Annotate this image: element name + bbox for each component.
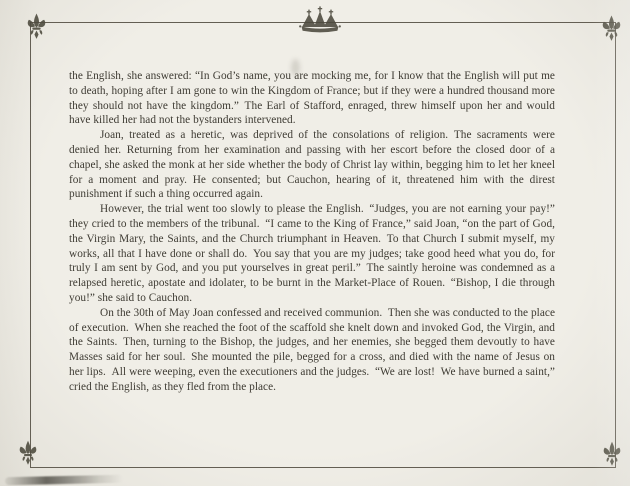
paragraph: On the 30th of May Joan confessed and re… [69, 306, 555, 395]
paragraph-continuation: the English, she answered: “In God’s nam… [69, 69, 555, 128]
paragraph: Joan, treated as a heretic, was deprived… [69, 128, 555, 202]
paragraph: However, the trial went too slowly to pl… [69, 202, 555, 306]
fleur-de-lis-icon [19, 440, 37, 466]
scanned-book-page: the English, she answered: “In God’s nam… [0, 0, 630, 486]
page-text: the English, she answered: “In God’s nam… [69, 69, 555, 395]
fleur-de-lis-icon [603, 441, 621, 467]
scan-artifact [5, 475, 123, 485]
crown-icon [292, 5, 348, 33]
fleur-de-lis-icon [602, 15, 621, 42]
scan-smudge [291, 59, 300, 76]
fleur-de-lis-icon [27, 13, 46, 40]
